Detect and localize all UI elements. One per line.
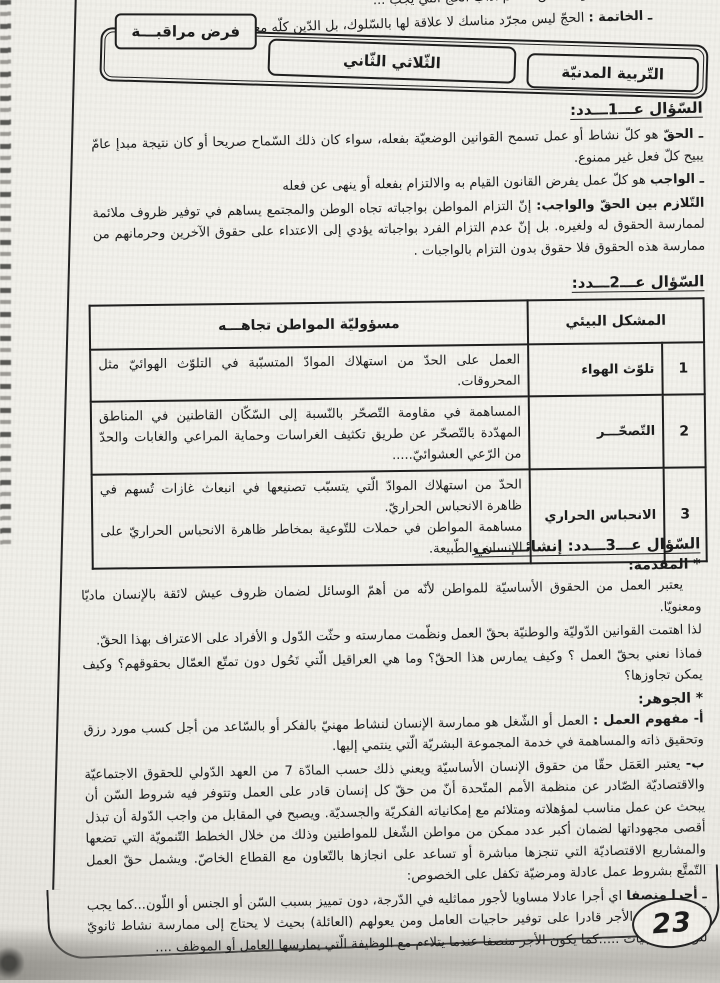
conclusion-label: ـ الخاتمة : [588, 8, 652, 25]
fair-wage-paragraph: ـ أجرا منصفا اي أجرا عادلا مساويا لأجور … [87, 884, 708, 960]
q1-duty-lead: ـ الواجب [650, 172, 704, 188]
environment-table: المشكل البيئي مسؤوليّة المواطن تجاهـــه … [89, 297, 708, 570]
exam-header: التّربية المدنيّة الثّلاثي الثّاني فرض م… [99, 23, 708, 99]
row-responsibility: العمل على الحدّ من استهلاك الموادّ المتس… [90, 344, 529, 401]
intro-paragraph: فماذا نعني بحقّ العمل ؟ وكيف يمارس هذا ا… [82, 643, 703, 697]
q1-right-text: هو كلّ نشاط أو عمل تسمح القوانين الوضعيّ… [91, 127, 704, 165]
q3-title-essay-tag: إنشائـــــــي [474, 537, 563, 557]
work-right-text: يعتبر العَمَل حقّا من حقوق الإنسان الأسا… [84, 756, 706, 884]
col-problem-header: المشكل البيئي [528, 298, 705, 344]
exam-type-box: فرض مراقبـــة [115, 13, 257, 49]
table-header-row: المشكل البيئي مسؤوليّة المواطن تجاهـــه [90, 298, 704, 349]
work-right-paragraph: ب- يعتبر العَمَل حقّا من حقوق الإنسان ال… [84, 753, 706, 893]
q1-right-lead: ـ الحقّ [663, 127, 703, 143]
subject-box: التّربية المدنيّة [526, 53, 699, 92]
work-definition-lead: أ- مفهوم العمل : [593, 711, 704, 728]
row-number: 2 [663, 394, 706, 468]
book-binding-edge [0, 0, 11, 545]
col-responsibility-header: مسؤوليّة المواطن تجاهـــه [90, 300, 529, 349]
row-problem: تلوّث الهواء [528, 343, 663, 397]
scan-smudge [0, 946, 24, 980]
q1-duty-text: هو كلّ عمل يفرض القانون القيام به والالت… [282, 173, 646, 194]
fair-wage-text: اي أجرا عادلا مساويا لأجور مماثليه في ال… [87, 888, 708, 955]
table-row: 2 التّصحّـــر المساهمة في مقاومة التّصحّ… [91, 394, 706, 474]
table-row: 1 تلوّث الهواء العمل على الحدّ من استهلا… [90, 342, 705, 401]
work-right-lead: ب- [686, 756, 705, 771]
question-1-title: السّؤال عـــ1ـــدد: [91, 99, 703, 128]
q3-title-text: السّؤال عـــ3ـــدد: [568, 534, 701, 554]
scanned-document-page: • وكذلك اجتناب الخصومات من أعظم آداب الح… [0, 0, 720, 983]
row-number: 1 [662, 342, 705, 395]
question-1-section: السّؤال عـــ1ـــدد: ـ الحقّ هو كلّ نشاط … [91, 99, 706, 270]
row-problem: التّصحّـــر [529, 395, 664, 470]
page-frame-left-line [52, 0, 77, 890]
question-2-title: السّؤال عـــ2ـــدد: [88, 272, 704, 298]
question-3-section: السّؤال عـــ3ـــدد: إنشائـــــــي * المق… [80, 534, 708, 961]
q1-correlation: التّلازم بين الحقّ والواجب: إنّ التزام ا… [92, 192, 705, 267]
page-number: 23 [651, 906, 693, 940]
q1-correlation-lead: التّلازم بين الحقّ والواجب: [536, 195, 704, 213]
row-responsibility: المساهمة في مقاومة التّصحّر بالنّسبة إلى… [91, 396, 530, 474]
question-2-section: السّؤال عـــ2ـــدد: المشكل البيئي مسؤولي… [88, 272, 707, 570]
